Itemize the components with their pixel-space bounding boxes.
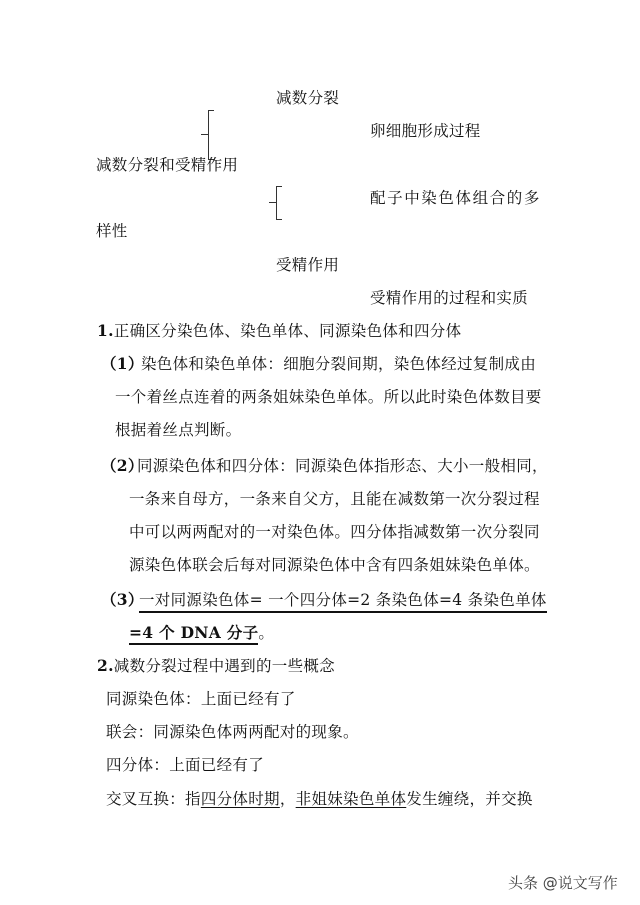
section-1-title: 正确区分染色体、染色单体、同源染色体和四分体 <box>114 322 462 340</box>
item-1-label: （1） <box>101 352 144 374</box>
section-2-title: 减数分裂过程中遇到的一些概念 <box>114 657 335 675</box>
term-label: 联会： <box>106 723 153 741</box>
brace-lower-icon <box>276 186 277 220</box>
outline-node-diversity: 配子中染色体组合的多 <box>370 186 541 208</box>
item-1-line: 一个着丝点连着的两条姐妹染色单体。所以此时染色体数目要 <box>115 385 542 407</box>
term-label: 同源染色体： <box>106 690 201 708</box>
term-text: 发生缠绕，并交换 <box>406 790 532 808</box>
outline-node-oocyte: 卵细胞形成过程 <box>370 119 481 141</box>
item-2-line: 中可以两两配对的一对染色体。四分体指减数第一次分裂同 <box>129 520 540 542</box>
section-1-number: 1. <box>97 321 114 340</box>
term-definition: 上面已经有了 <box>201 690 296 708</box>
section-1-heading: 1.正确区分染色体、染色单体、同源染色体和四分体 <box>97 319 461 341</box>
term-text: 指 <box>185 790 201 808</box>
item-3-equation: 一对同源染色体= 一个四分体=2 条染色体=4 条染色单体 <box>139 588 547 613</box>
term-text: ， <box>280 790 296 808</box>
item-2-line: 同源染色体和四分体：同源染色体指形态、大小一般相同， <box>137 454 548 476</box>
outline-node-fertilization: 受精作用 <box>276 253 339 275</box>
term-synapsis: 联会：同源染色体两两配对的现象。 <box>106 720 359 742</box>
term-definition: 同源染色体两两配对的现象。 <box>153 723 358 741</box>
term-crossover: 交叉互换：指四分体时期，非姐妹染色单体发生缠绕，并交换 <box>106 787 533 809</box>
outline-node-fertilization-process: 受精作用的过程和实质 <box>370 286 528 308</box>
term-definition: 上面已经有了 <box>169 756 264 774</box>
section-2-heading: 2.减数分裂过程中遇到的一些概念 <box>97 654 335 676</box>
term-underlined: 非姐妹染色单体 <box>296 790 407 808</box>
term-label: 交叉互换： <box>106 790 185 808</box>
section-2-number: 2. <box>97 656 114 675</box>
outline-root: 减数分裂和受精作用 <box>96 153 238 175</box>
term-homologous: 同源染色体：上面已经有了 <box>106 687 296 709</box>
term-tetrad: 四分体：上面已经有了 <box>106 753 264 775</box>
item-3-label: （3） <box>101 588 144 610</box>
item-2-line: 一条来自母方，一条来自父方，且能在减数第一次分裂过程 <box>129 487 540 509</box>
item-3-period: 。 <box>258 624 274 642</box>
outline-node-diversity-cont: 样性 <box>96 219 128 241</box>
term-label: 四分体： <box>106 756 169 774</box>
item-1-line: 染色体和染色单体：细胞分裂间期，染色体经过复制成由 <box>141 352 536 374</box>
watermark: 头条 @说文写作 <box>508 872 618 893</box>
item-3-equation-cont: =4 个 DNA 分子。 <box>129 621 274 643</box>
item-2-line: 源染色体联会后每对同源染色体中含有四条姐妹染色单体。 <box>129 553 540 575</box>
item-3-equation-dna: =4 个 DNA 分子 <box>129 623 258 645</box>
term-underlined: 四分体时期 <box>201 790 280 808</box>
item-1-line: 根据着丝点判断。 <box>115 418 241 440</box>
outline-node-meiosis: 减数分裂 <box>276 86 339 108</box>
